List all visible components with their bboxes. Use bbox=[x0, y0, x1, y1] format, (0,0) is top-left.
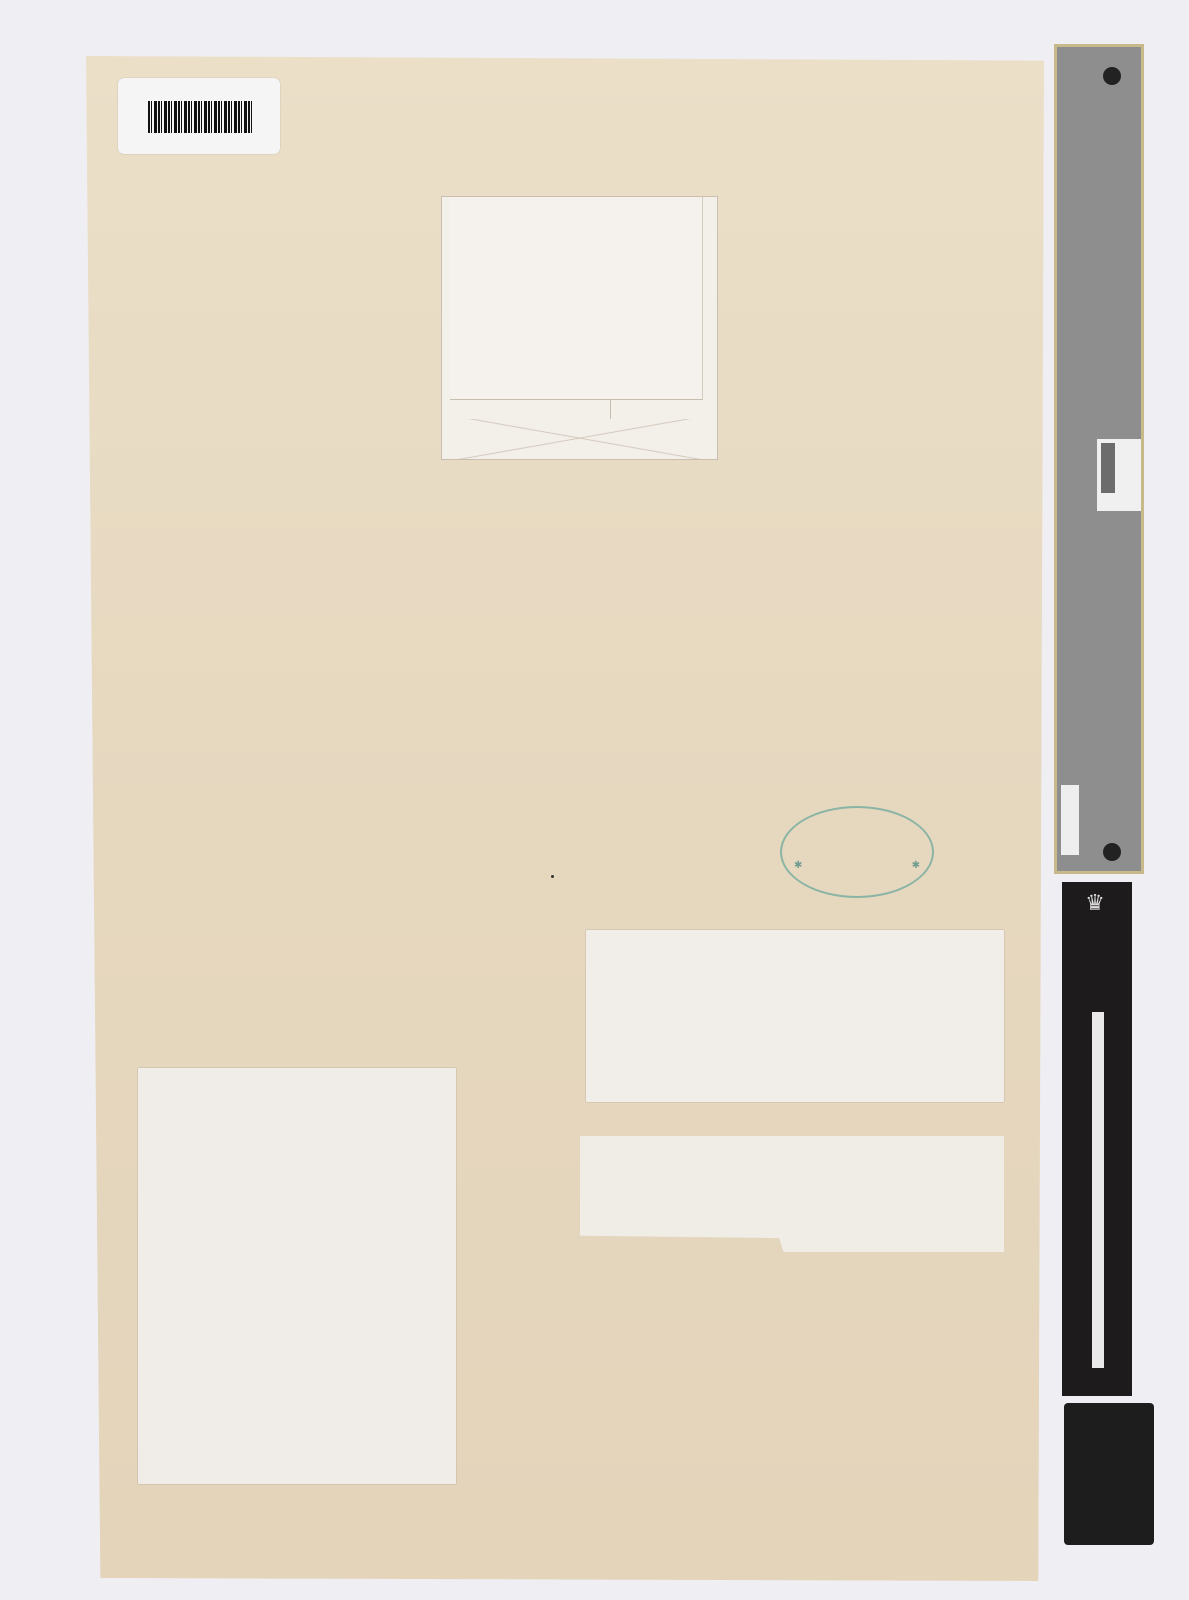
packet-fold bbox=[442, 399, 611, 419]
id-tag bbox=[1061, 785, 1079, 855]
herb-kew-label bbox=[138, 1068, 456, 1484]
kew-cm-ruler: ♛ bbox=[1062, 882, 1132, 1396]
barcode-icon bbox=[148, 101, 252, 133]
color-checker bbox=[1064, 1403, 1154, 1545]
determination-slip bbox=[586, 930, 1004, 1102]
hole-icon bbox=[1103, 843, 1121, 861]
description-slip bbox=[580, 1136, 1004, 1252]
color-scale-bar bbox=[1054, 44, 1144, 874]
ruler-strip bbox=[1092, 1012, 1104, 1368]
crest-icon: ♛ bbox=[1080, 890, 1110, 924]
star-icon: ✱ bbox=[912, 860, 920, 871]
hole-icon bbox=[1103, 67, 1121, 85]
focus-target bbox=[1097, 439, 1141, 511]
specimen-packet bbox=[441, 196, 718, 460]
packet-flap bbox=[450, 197, 703, 400]
ink-dot bbox=[551, 875, 554, 878]
star-icon: ✱ bbox=[794, 860, 802, 871]
packet-fold-bottom bbox=[442, 419, 717, 459]
kew-accession-stamp: ✱ ✱ bbox=[780, 806, 934, 898]
barcode-label bbox=[118, 78, 280, 154]
